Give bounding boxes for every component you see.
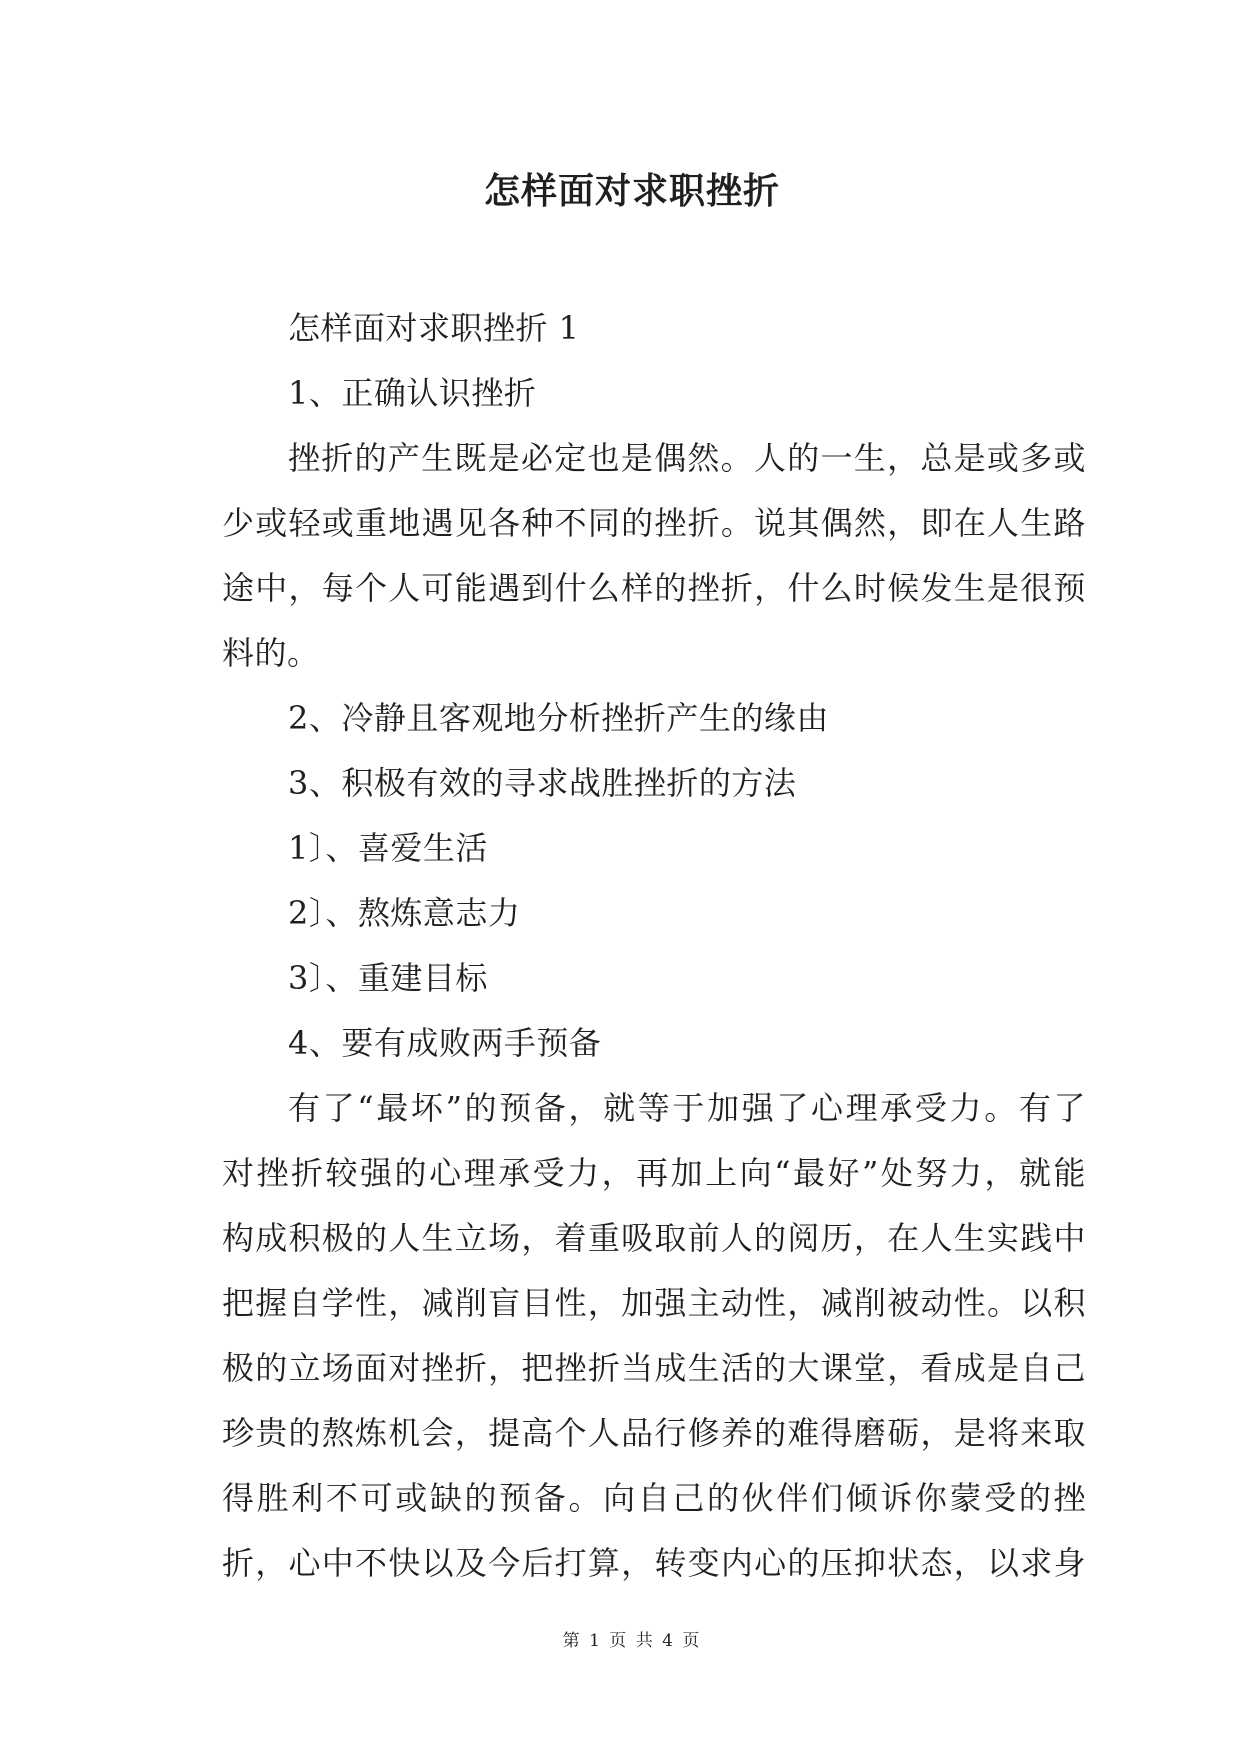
page-number-footer: 第 1 页 共 4 页 [200,1631,1064,1652]
text-line: 有了“最坏”的预备，就等于加强了心理承受力。有了 [222,1076,1086,1141]
text-line: 把握自学性，减削盲目性，加强主动性，减削被动性。以积 [222,1271,1086,1336]
text-line: 得胜利不可或缺的预备。向自己的伙伴们倾诉你蒙受的挫 [222,1466,1086,1531]
text-line: 极的立场面对挫折，把挫折当成生活的大课堂，看成是自己 [222,1336,1086,1401]
text-line: 3〕、重建目标 [222,946,1086,1011]
text-line: 1、正确认识挫折 [222,361,1086,426]
text-line: 折，心中不快以及今后打算，转变内心的压抑状态，以求身 [222,1531,1086,1596]
document-title: 怎样面对求职挫折 [200,170,1064,213]
text-line: 4、要有成败两手预备 [222,1011,1086,1076]
document-body: 怎样面对求职挫折 11、正确认识挫折挫折的产生既是必定也是偶然。人的一生，总是或… [222,296,1086,1596]
text-line: 构成积极的人生立场，着重吸取前人的阅历，在人生实践中 [222,1206,1086,1271]
text-line: 少或轻或重地遇见各种不同的挫折。说其偶然，即在人生路 [222,491,1086,556]
text-line: 3、积极有效的寻求战胜挫折的方法 [222,751,1086,816]
text-line: 挫折的产生既是必定也是偶然。人的一生，总是或多或 [222,426,1086,491]
text-line: 2〕、熬炼意志力 [222,881,1086,946]
text-line: 2、冷静且客观地分析挫折产生的缘由 [222,686,1086,751]
text-line: 1〕、喜爱生活 [222,816,1086,881]
text-line: 对挫折较强的心理承受力，再加上向“最好”处努力，就能 [222,1141,1086,1206]
document-page: 怎样面对求职挫折 怎样面对求职挫折 11、正确认识挫折挫折的产生既是必定也是偶然… [0,0,1240,1753]
text-line: 料的。 [222,621,1086,686]
text-line: 珍贵的熬炼机会，提高个人品行修养的难得磨砺，是将来取 [222,1401,1086,1466]
text-line: 怎样面对求职挫折 1 [222,296,1086,361]
text-line: 途中，每个人可能遇到什么样的挫折，什么时候发生是很预 [222,556,1086,621]
